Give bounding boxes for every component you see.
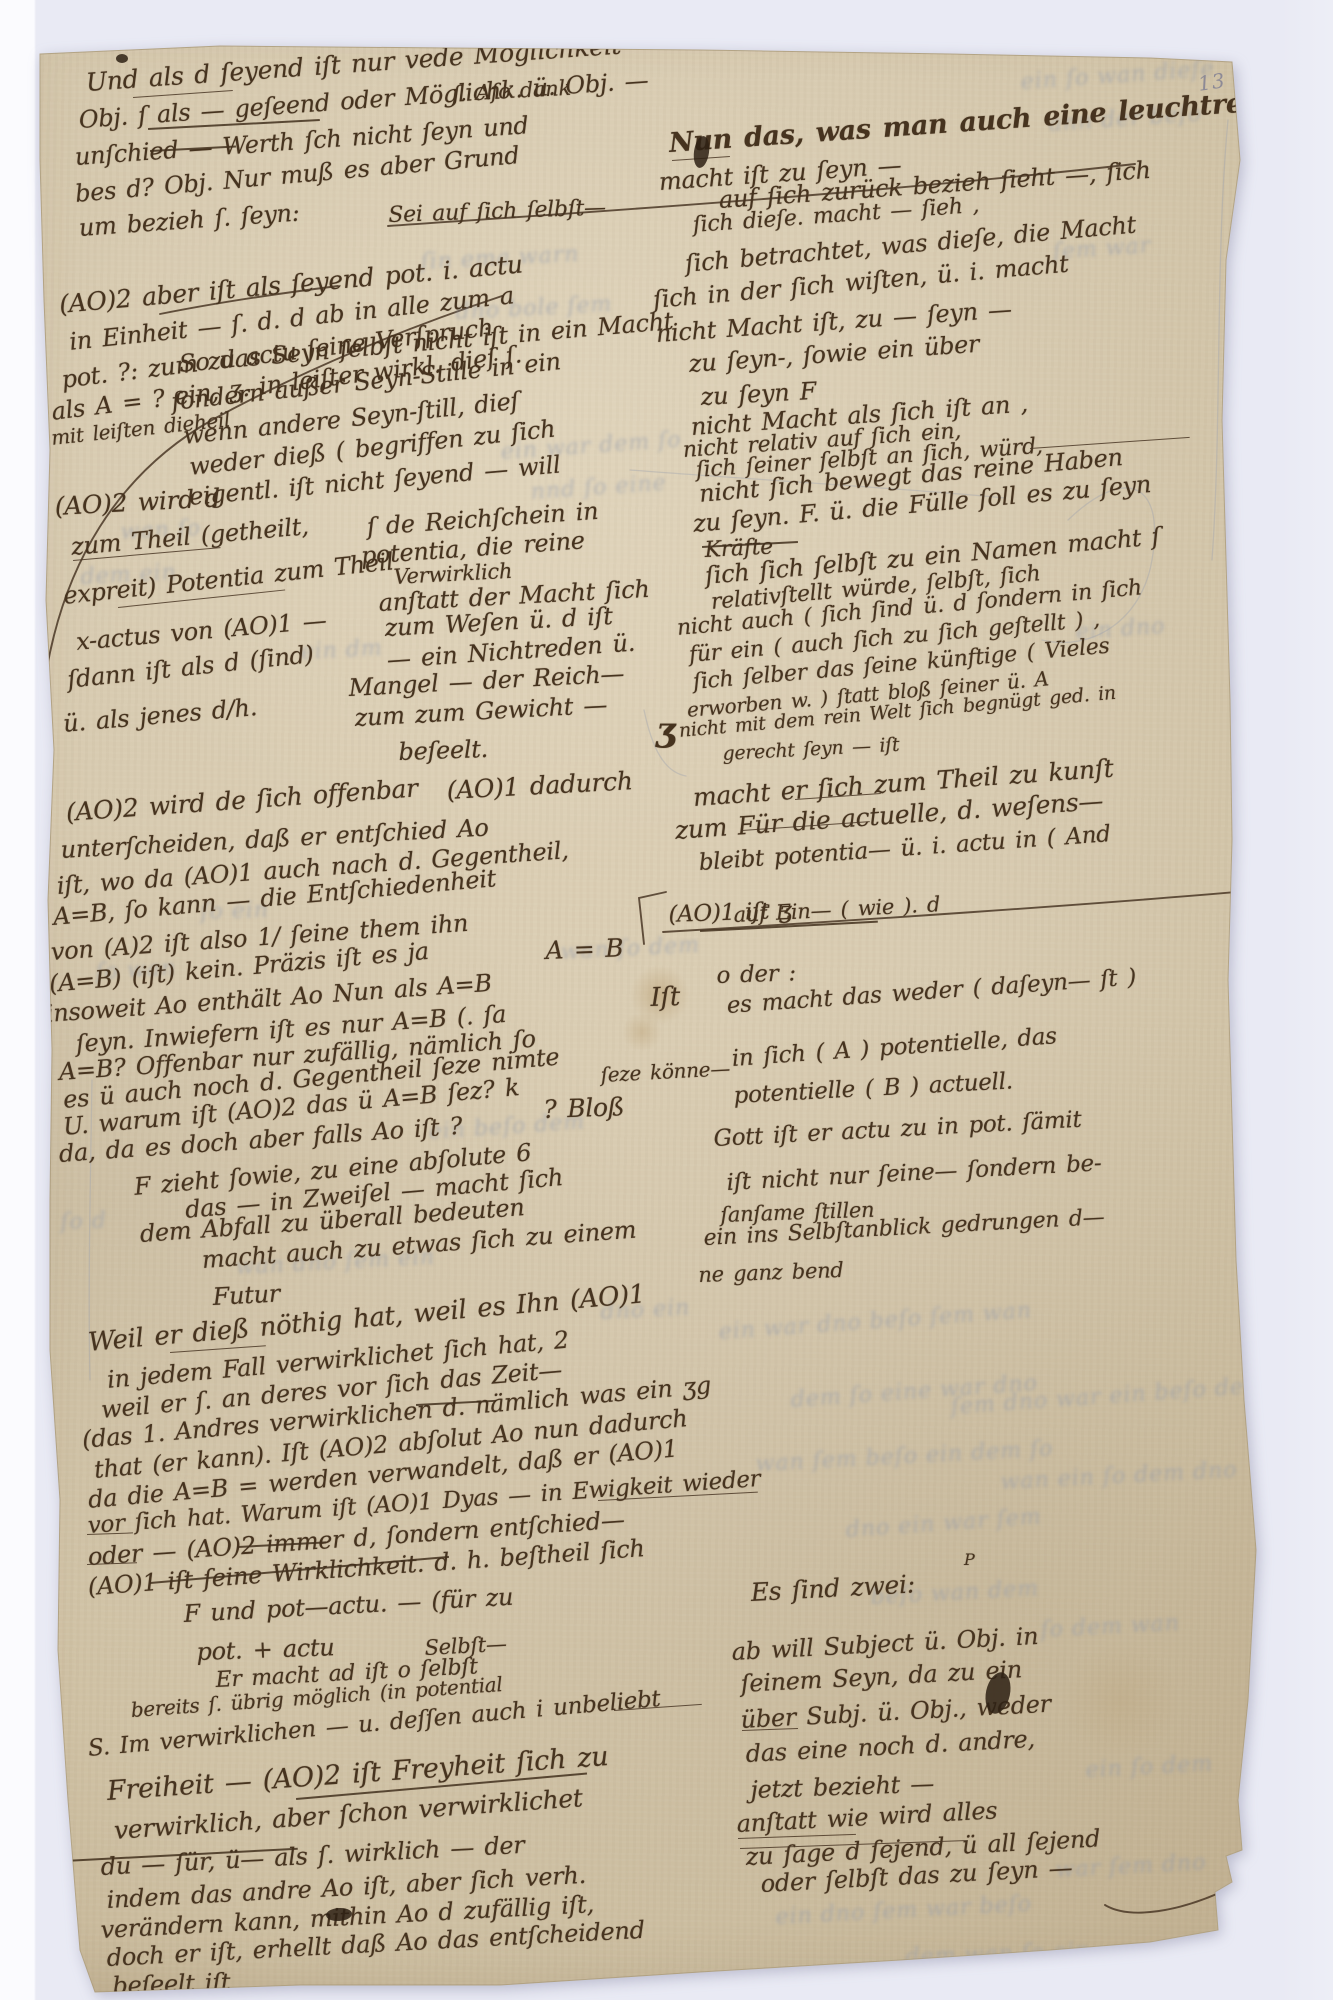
ink-blot xyxy=(116,54,128,63)
manuscript-line: P xyxy=(964,1550,974,1569)
bleed-through-line: ſo d xyxy=(60,1208,107,1235)
ink-stroke xyxy=(1105,1888,1230,1913)
manuscript-line: Futur xyxy=(212,1279,281,1310)
paper-stain xyxy=(1060,1640,1180,1760)
manuscript-line: beſeelt. xyxy=(398,735,488,766)
manuscript-line: A = B xyxy=(545,933,624,965)
manuscript-line: ne ganz bend xyxy=(698,1258,844,1287)
manuscript-line: o der : xyxy=(716,960,796,989)
manuscript-line: pot. + actu xyxy=(196,1633,335,1666)
manuscript-line: ʒ xyxy=(656,710,675,750)
scanned-manuscript-page: ein ſo wan dieſeann der beſoſin ema warn… xyxy=(0,0,1333,2000)
manuscript-line: Iſt xyxy=(650,982,680,1013)
manuscript-line: ? Bloß xyxy=(543,1092,625,1124)
paper-content-layer: ein ſo wan dieſeann der beſoſin ema warn… xyxy=(0,0,1333,2000)
page-number: 13 xyxy=(1196,68,1227,96)
paper-stain xyxy=(622,1012,662,1052)
